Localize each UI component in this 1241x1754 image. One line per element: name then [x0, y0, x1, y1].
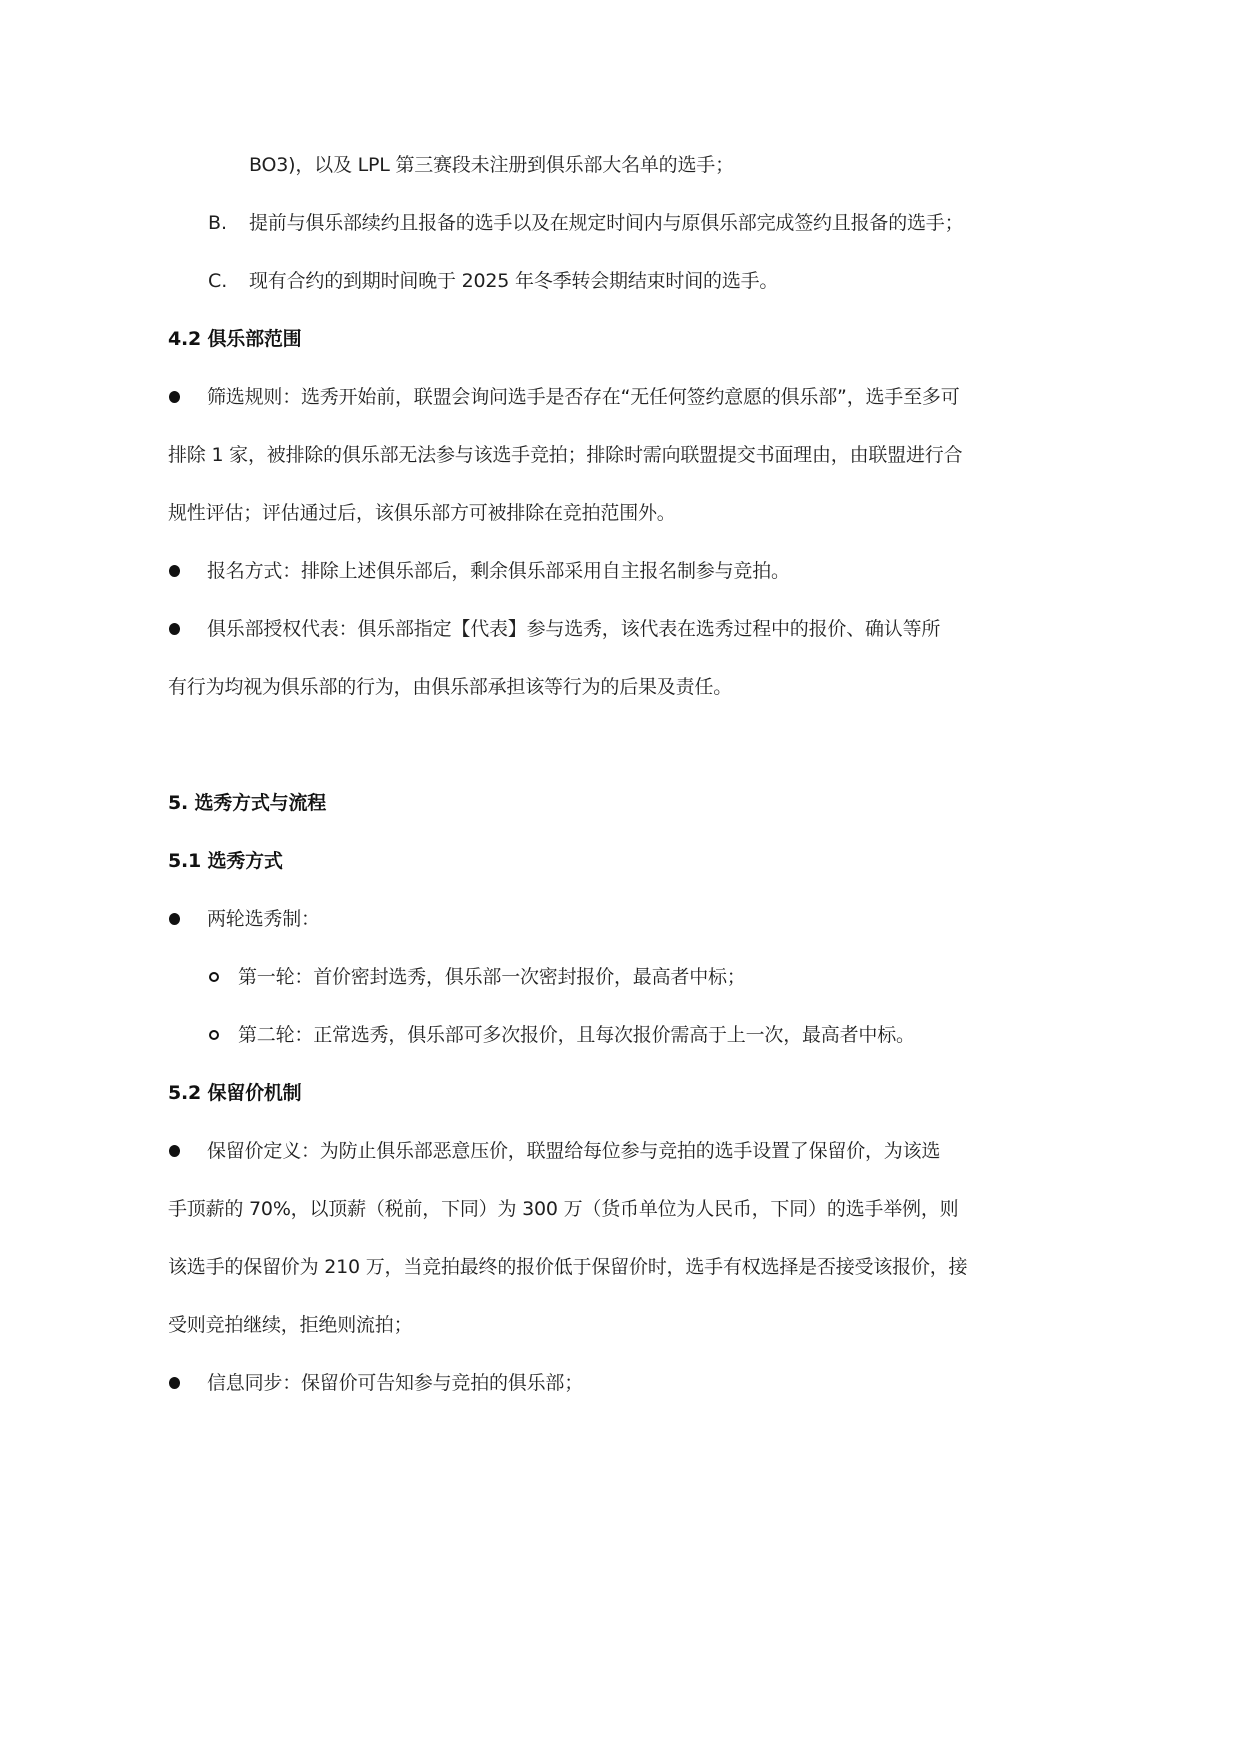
list-marker-c: C. — [208, 269, 227, 293]
bullet-text-continuation: 排除 1 家，被排除的俱乐部无法参与该选手竞拍；排除时需向联盟提交书面理由，由联… — [168, 443, 962, 467]
bullet-text: 报名方式：排除上述俱乐部后，剩余俱乐部采用自主报名制参与竞拍。 — [207, 559, 790, 583]
bullet-dot-icon — [169, 391, 180, 403]
sub-bullet-text: 第一轮：首价密封选秀，俱乐部一次密封报价，最高者中标； — [238, 965, 746, 989]
bullet-text: 筛选规则：选秀开始前，联盟会询问选手是否存在“无任何签约意愿的俱乐部”，选手至多… — [207, 385, 960, 409]
bullet-text: 两轮选秀制： — [207, 907, 320, 931]
list-item-c: 现有合约的到期时间晚于 2025 年冬季转会期结束时间的选手。 — [249, 269, 778, 293]
bullet-dot-icon — [169, 565, 180, 577]
bullet-ring-icon — [209, 972, 219, 982]
bullet-ring-icon — [209, 1030, 219, 1040]
sub-bullet-text: 第二轮：正常选秀，俱乐部可多次报价，且每次报价需高于上一次，最高者中标。 — [238, 1023, 915, 1047]
document-page: BO3)，以及 LPL 第三赛段未注册到俱乐部大名单的选手； B. 提前与俱乐部… — [0, 0, 1241, 1754]
bullet-text: 信息同步：保留价可告知参与竞拍的俱乐部； — [207, 1371, 583, 1395]
bullet-text: 俱乐部授权代表：俱乐部指定【代表】参与选秀，该代表在选秀过程中的报价、确认等所 — [207, 617, 940, 641]
bullet-text-continuation: 规性评估；评估通过后，该俱乐部方可被排除在竞拍范围外。 — [168, 501, 676, 525]
bullet-dot-icon — [169, 913, 180, 925]
bullet-dot-icon — [169, 1377, 180, 1389]
list-item-b: 提前与俱乐部续约且报备的选手以及在规定时间内与原俱乐部完成签约且报备的选手； — [249, 211, 963, 235]
bullet-text-continuation: 受则竞拍继续，拒绝则流拍； — [168, 1313, 412, 1337]
bullet-text-continuation: 有行为均视为俱乐部的行为，由俱乐部承担该等行为的后果及责任。 — [168, 675, 732, 699]
section-heading-5-1: 5.1 选秀方式 — [168, 849, 283, 873]
bullet-text-continuation: 该选手的保留价为 210 万，当竞拍最终的报价低于保留价时，选手有权选择是否接受… — [168, 1255, 967, 1279]
bullet-text: 保留价定义：为防止俱乐部恶意压价，联盟给每位参与竞拍的选手设置了保留价，为该选 — [207, 1139, 940, 1163]
section-heading-5: 5. 选秀方式与流程 — [168, 791, 326, 815]
list-marker-b: B. — [208, 211, 227, 235]
bullet-text-continuation: 手顶薪的 70%，以顶薪（税前，下同）为 300 万（货币单位为人民币，下同）的… — [168, 1197, 958, 1221]
list-item-a-continuation: BO3)，以及 LPL 第三赛段未注册到俱乐部大名单的选手； — [249, 153, 734, 177]
section-heading-4-2: 4.2 俱乐部范围 — [168, 327, 301, 351]
section-heading-5-2: 5.2 保留价机制 — [168, 1081, 301, 1105]
bullet-dot-icon — [169, 1145, 180, 1157]
bullet-dot-icon — [169, 623, 180, 635]
